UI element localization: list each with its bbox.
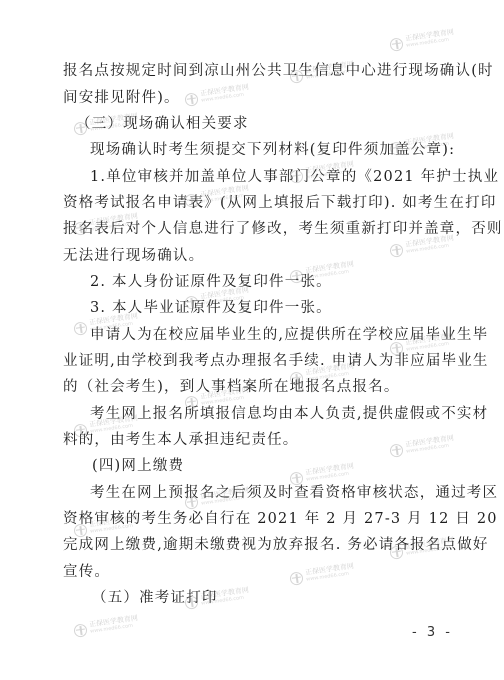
watermark-logo-icon bbox=[389, 545, 404, 560]
watermark-logo-icon bbox=[73, 623, 88, 638]
watermark-logo-icon bbox=[289, 169, 304, 184]
page-number: - 3 - bbox=[412, 625, 453, 640]
paragraph-line: 资格考试报名申请表》(从网上填报后下载打印). 如考生在打印 bbox=[63, 193, 497, 213]
watermark-logo-icon bbox=[184, 495, 199, 510]
watermark-logo-icon bbox=[289, 571, 304, 586]
paragraph-line: 业证明,由学校到我考点办理报名手续. 申请人为非应届毕业生 bbox=[63, 351, 489, 371]
watermark-logo-icon bbox=[389, 243, 404, 258]
watermark-logo-icon bbox=[73, 523, 88, 538]
watermark-logo-icon bbox=[73, 121, 88, 136]
watermark: 正保医学教育网www.med66.com bbox=[184, 84, 250, 107]
paragraph-line: 考生网上报名所填报信息均由本人负责,提供虚假或不实材 bbox=[90, 404, 488, 424]
paragraph-line: 宣传。 bbox=[63, 562, 110, 582]
watermark-logo-icon bbox=[289, 269, 304, 284]
watermark-logo-icon bbox=[184, 92, 199, 107]
document-page: 报名点按规定时间到凉山州公共卫生信息中心进行现场确认(时 间安排见附件)。 （三… bbox=[0, 0, 504, 680]
watermark-logo-icon bbox=[184, 595, 199, 610]
watermark: 正保医学教育网www.med66.com bbox=[289, 563, 355, 586]
watermark: 正保医学教育网www.med66.com bbox=[389, 435, 455, 458]
paragraph-line: 间安排见附件)。 bbox=[63, 88, 180, 108]
section-heading-4: (四)网上缴费 bbox=[92, 456, 184, 476]
watermark-logo-icon bbox=[73, 221, 88, 236]
watermark-logo-icon bbox=[389, 37, 404, 52]
watermark-logo-icon bbox=[184, 295, 199, 310]
watermark-logo-icon bbox=[289, 371, 304, 386]
paragraph-line: 无法进行现场确认。 bbox=[63, 246, 204, 266]
watermark-logo-icon bbox=[389, 443, 404, 458]
watermark: 正保医学教育网www.med66.com bbox=[73, 615, 139, 638]
watermark-logo-icon bbox=[389, 141, 404, 156]
paragraph-line: 报名点按规定时间到凉山州公共卫生信息中心进行现场确认(时 bbox=[63, 61, 494, 81]
watermark-logo-icon bbox=[73, 423, 88, 438]
watermark-logo-icon bbox=[289, 69, 304, 84]
watermark-logo-icon bbox=[389, 341, 404, 356]
watermark-logo-icon bbox=[289, 471, 304, 486]
watermark-logo-icon bbox=[73, 321, 88, 336]
watermark-logo-icon bbox=[184, 395, 199, 410]
paragraph-line: 考生在网上预报名之后须及时查看资格审核状态，通过考区 bbox=[90, 483, 498, 503]
watermark-logo-icon bbox=[184, 193, 199, 208]
watermark: 正保医学教育网www.med66.com bbox=[389, 29, 455, 52]
